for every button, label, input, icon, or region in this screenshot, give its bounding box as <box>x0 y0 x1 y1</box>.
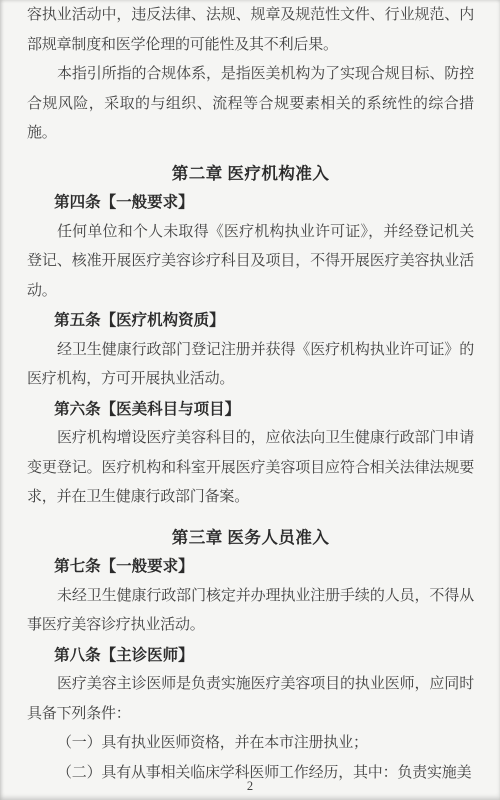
paragraph: 医疗机构增设医疗美容科目的，应依法向卫生健康行政部门申请变更登记。医疗机构和科室… <box>27 424 474 513</box>
list-item: （一）具有执业医师资格，并在本市注册执业； <box>27 729 474 759</box>
paragraph: 任何单位和个人未取得《医疗机构执业许可证》，并经登记机关登记、核准开展医疗美容诊… <box>27 218 474 307</box>
article-heading: 第四条【一般要求】 <box>27 188 474 218</box>
article-heading: 第七条【一般要求】 <box>27 552 474 582</box>
page-number: 2 <box>0 779 500 794</box>
document-page: 容执业活动中，违反法律、法规、规章及规范性文件、行业规范、内部规章制度和医学伦理… <box>0 0 500 800</box>
paragraph: 容执业活动中，违反法律、法规、规章及规范性文件、行业规范、内部规章制度和医学伦理… <box>27 1 474 60</box>
article-heading: 第六条【医美科目与项目】 <box>27 395 474 425</box>
article-heading: 第八条【主诊医师】 <box>27 641 474 671</box>
chapter-heading: 第二章 医疗机构准入 <box>27 159 474 189</box>
article-heading: 第五条【医疗机构资质】 <box>27 306 474 336</box>
paragraph: 未经卫生健康行政部门核定并办理执业注册手续的人员，不得从事医疗美容诊疗执业活动。 <box>27 582 474 641</box>
paragraph: 经卫生健康行政部门登记注册并获得《医疗机构执业许可证》的医疗机构，方可开展执业活… <box>27 336 474 395</box>
paragraph: 本指引所指的合规体系，是指医美机构为了实现合规目标、防控合规风险，采取的与组织、… <box>27 60 474 149</box>
chapter-heading: 第三章 医务人员准入 <box>27 523 474 553</box>
paragraph: 医疗美容主诊医师是负责实施医疗美容项目的执业医师，应同时具备下列条件： <box>27 670 474 729</box>
document-body: 容执业活动中，违反法律、法规、规章及规范性文件、行业规范、内部规章制度和医学伦理… <box>0 0 500 788</box>
